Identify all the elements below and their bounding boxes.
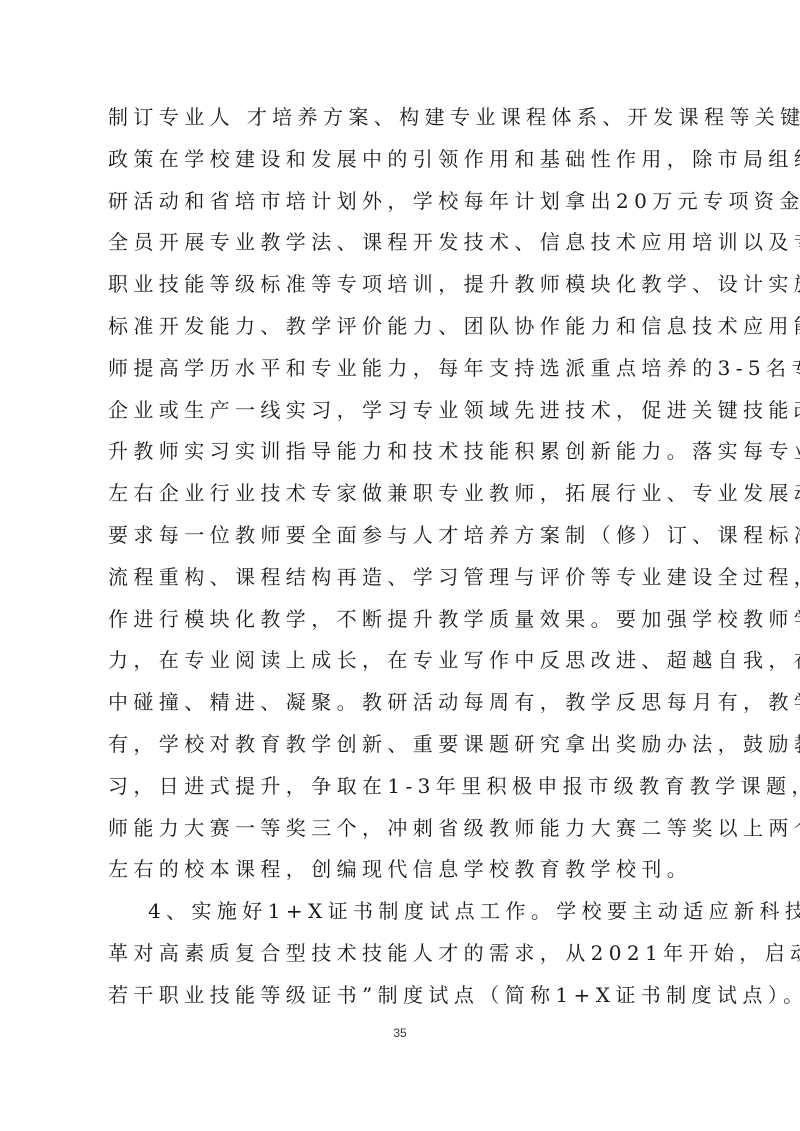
text-line: 左右的校本课程，创编现代信息学校教育教学校刊。 bbox=[108, 849, 708, 891]
section-heading-line: 4、实施好1+X证书制度试点工作。学校要主动适应新科技革命和产业变 bbox=[108, 891, 708, 933]
text-line: 职业技能等级标准等专项培训，提升教师模块化教学、设计实施能力、课程 bbox=[108, 264, 708, 306]
text-line: 要求每一位教师要全面参与人才培养方案制（修）订、课程标准开发、教学 bbox=[108, 515, 708, 557]
text-line: 力，在专业阅读上成长，在专业写作中反思改进、超越自我，在专业的交流 bbox=[108, 640, 708, 682]
text-line: 标准开发能力、教学评价能力、团队协作能力和信息技术应用能力。鼓励教 bbox=[108, 306, 708, 348]
text-line: 若干职业技能等级证书”制度试点（简称1+X证书制度试点）。要加强规范 bbox=[108, 975, 708, 1017]
text-line: 作进行模块化教学，不断提升教学质量效果。要加强学校教师学习反思的能 bbox=[108, 599, 708, 641]
text-line: 全员开展专业教学法、课程开发技术、信息技术应用培训以及专业教学标准、 bbox=[108, 222, 708, 264]
text-line: 流程重构、课程结构再造、学习管理与评价等专业建设全过程，教师分工协 bbox=[108, 557, 708, 599]
text-line: 革对高素质复合型技术技能人才的需求，从2021年开始，启动“学历证书+ bbox=[108, 933, 708, 975]
text-line: 左右企业行业技术专家做兼职专业教师，拓展行业、专业发展动向新渠道。 bbox=[108, 473, 708, 515]
text-line: 研活动和省培市培计划外，学校每年计划拿出20万元专项资金组织团队教师 bbox=[108, 181, 708, 223]
document-page: 制订专业人 才培养方案、构建专业课程体系、开发课程等关键能力；发挥 政策在学校建… bbox=[0, 0, 800, 1131]
text-line: 升教师实习实训指导能力和技术技能积累创新能力。落实每专业聘请1-2名 bbox=[108, 431, 708, 473]
text-line: 习，日进式提升，争取在1-3年里积极申报市级教育教学课题，取得市级教 bbox=[108, 766, 708, 808]
text-line: 制订专业人 才培养方案、构建专业课程体系、开发课程等关键能力；发挥 bbox=[108, 97, 708, 139]
text-line: 师提高学历水平和专业能力，每年支持选派重点培养的3-5名专业课教师到 bbox=[108, 348, 708, 390]
text-line: 有，学校对教育教学创新、重要课题研究拿出奖励办法，鼓励教师系统化学 bbox=[108, 724, 708, 766]
text-line: 企业或生产一线实习，学习专业领域先进技术，促进关键技能改进创新，提 bbox=[108, 390, 708, 432]
text-line: 政策在学校建设和发展中的引领作用和基础性作用，除市局组织的中心组教 bbox=[108, 139, 708, 181]
page-number: 35 bbox=[0, 1026, 800, 1040]
text-line: 中碰撞、精进、凝聚。教研活动每周有，教学反思每月有，教学评比每学期 bbox=[108, 682, 708, 724]
text-line: 师能力大赛一等奖三个，冲刺省级教师能力大赛二等奖以上两个，开发十门 bbox=[108, 808, 708, 850]
body-text: 制订专业人 才培养方案、构建专业课程体系、开发课程等关键能力；发挥 政策在学校建… bbox=[108, 97, 708, 1017]
